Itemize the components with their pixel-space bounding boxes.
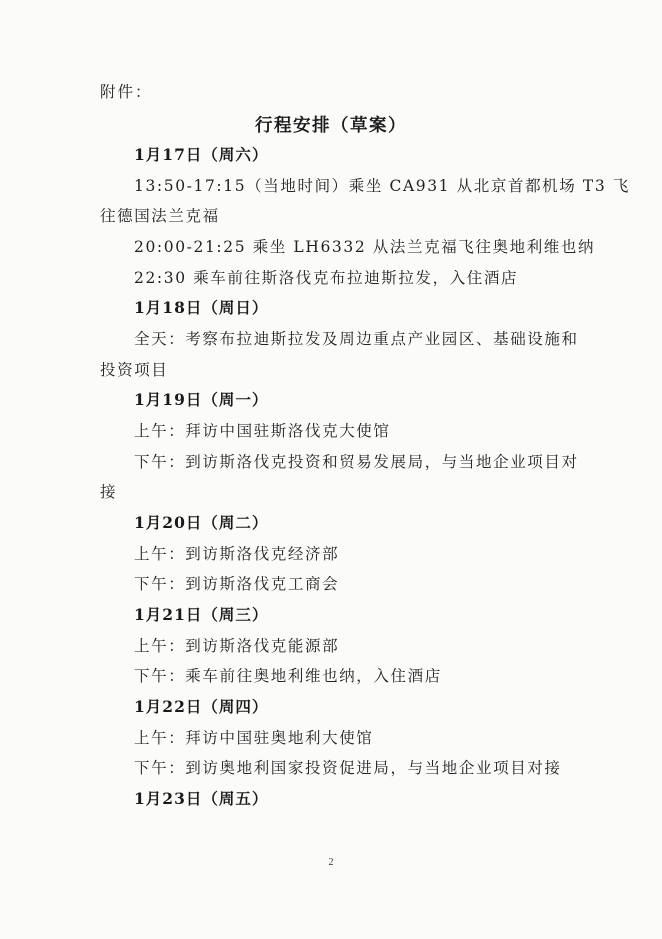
document-title: 行程安排（草案） [0, 112, 662, 137]
schedule-line: 下午：到访斯洛伐克工商会 [134, 574, 602, 594]
day-heading-jan23: 1月23日（周五） [134, 789, 602, 809]
schedule-line-continuation: 往德国法兰克福 [100, 206, 568, 226]
schedule-line: 上午：到访斯洛伐克能源部 [134, 636, 602, 656]
schedule-line: 上午：到访斯洛伐克经济部 [134, 544, 602, 564]
schedule-line-continuation: 接 [100, 482, 568, 502]
attachment-label: 附件： [100, 82, 568, 102]
day-heading-jan17: 1月17日（周六） [134, 145, 602, 165]
day-heading-jan20: 1月20日（周二） [134, 513, 602, 533]
schedule-line: 全天：考察布拉迪斯拉发及周边重点产业园区、基础设施和 [134, 329, 602, 349]
schedule-line: 22:30 乘车前往斯洛伐克布拉迪斯拉发，入住酒店 [134, 268, 602, 288]
day-heading-jan21: 1月21日（周三） [134, 605, 602, 625]
day-heading-jan22: 1月22日（周四） [134, 697, 602, 717]
schedule-line: 下午：到访斯洛伐克投资和贸易发展局，与当地企业项目对 [134, 452, 602, 472]
schedule-line-continuation: 投资项目 [100, 360, 568, 380]
day-heading-jan18: 1月18日（周日） [134, 298, 602, 318]
schedule-line: 20:00-21:25 乘坐 LH6332 从法兰克福飞往奥地利维也纳 [134, 237, 602, 257]
schedule-line: 上午：拜访中国驻奥地利大使馆 [134, 728, 602, 748]
schedule-line: 上午：拜访中国驻斯洛伐克大使馆 [134, 421, 602, 441]
schedule-line: 下午：乘车前往奥地利维也纳，入住酒店 [134, 666, 602, 686]
document-page: 附件： 行程安排（草案） 1月17日（周六） 13:50-17:15（当地时间）… [0, 0, 662, 939]
page-number: 2 [0, 857, 662, 868]
day-heading-jan19: 1月19日（周一） [134, 390, 602, 410]
schedule-line: 13:50-17:15（当地时间）乘坐 CA931 从北京首都机场 T3 飞 [134, 176, 602, 196]
schedule-line: 下午：到访奥地利国家投资促进局，与当地企业项目对接 [134, 758, 602, 778]
